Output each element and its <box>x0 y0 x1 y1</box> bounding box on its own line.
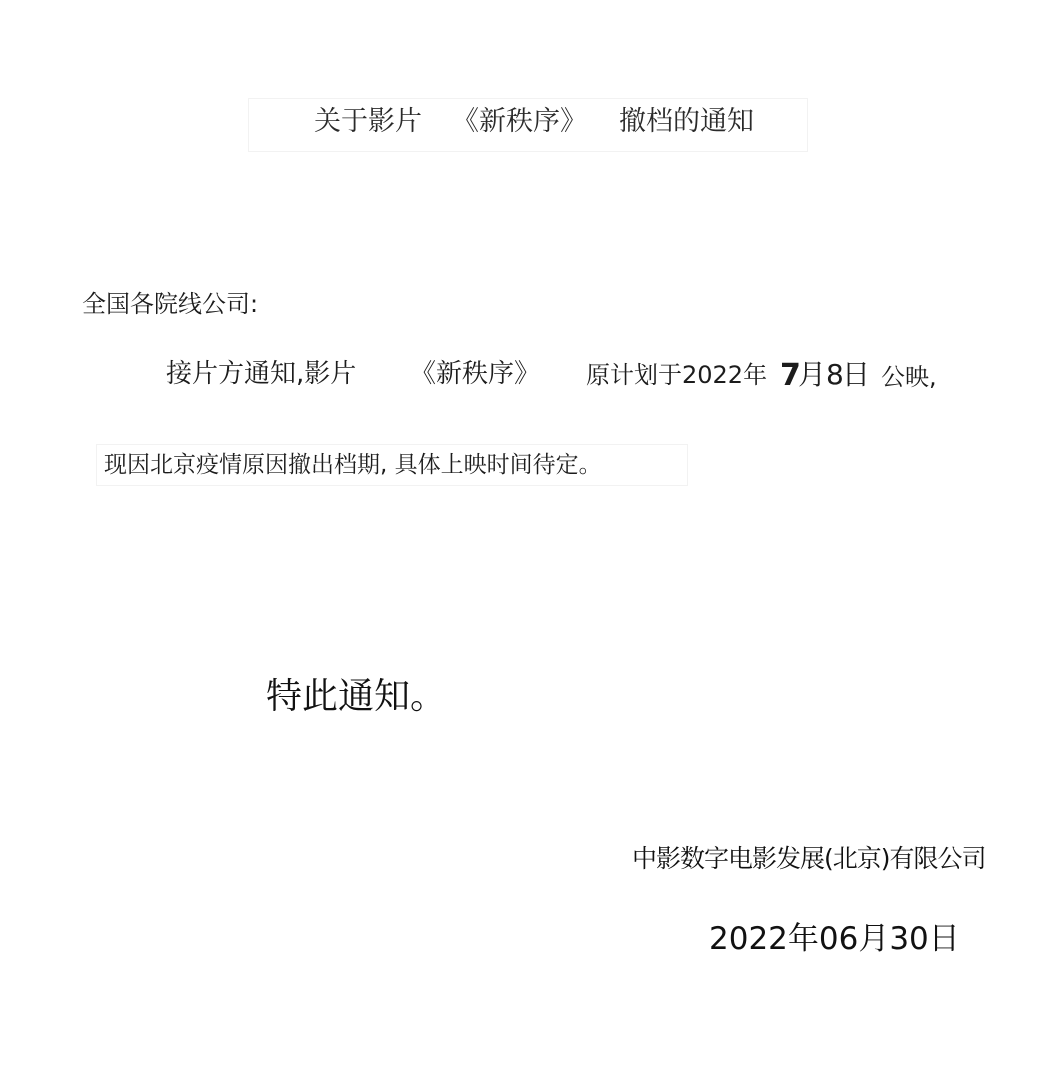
closing-statement: 特此通知。 <box>266 679 446 715</box>
body-line-2: 现因北京疫情原因撤出档期, 具体上映时间待定。 <box>104 454 602 477</box>
title-suffix: 撤档的通知 <box>619 108 754 135</box>
salutation: 全国各院线公司: <box>82 292 258 316</box>
body-text-schedule: 原计划于2022年 <box>586 363 767 387</box>
title-prefix: 关于影片 <box>314 108 422 135</box>
body-film-name: 《新秩序》 <box>410 361 540 387</box>
title-film-name: 《新秩序》 <box>452 108 587 135</box>
issuer-name: 中影数字电影发展(北京)有限公司 <box>632 846 986 871</box>
body-text-intro: 接片方通知,影片 <box>166 361 356 387</box>
release-month-unit: 月 <box>798 361 826 389</box>
issue-date: 2022年06月30日 <box>709 924 960 955</box>
release-day-unit: 日 <box>842 361 870 389</box>
body-text-release: 公映, <box>881 365 937 389</box>
